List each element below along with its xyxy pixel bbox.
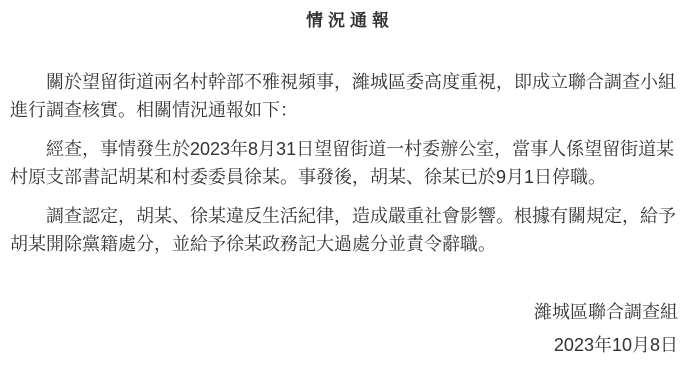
- notice-paragraph-findings: 經查，事情發生於2023年8月31日望留街道一村委辦公室，當事人係望留街道某村原…: [10, 135, 690, 191]
- date: 2023年10月8日: [10, 331, 678, 359]
- notice-paragraph-intro: 關於望留街道兩名村幹部不雅視頻事，濰城區委高度重視，即成立聯合調查小組進行調查核…: [10, 68, 690, 124]
- signature: 濰城區聯合調查組: [10, 298, 678, 326]
- notice-document: 情況通報 關於望留街道兩名村幹部不雅視頻事，濰城區委高度重視，即成立聯合調查小組…: [0, 0, 700, 376]
- notice-footer: 濰城區聯合調查組 2023年10月8日: [10, 298, 690, 359]
- notice-title: 情況通報: [10, 10, 690, 32]
- notice-paragraph-punishment: 調查認定，胡某、徐某違反生活紀律，造成嚴重社會影響。根據有關規定，給予胡某開除黨…: [10, 202, 690, 258]
